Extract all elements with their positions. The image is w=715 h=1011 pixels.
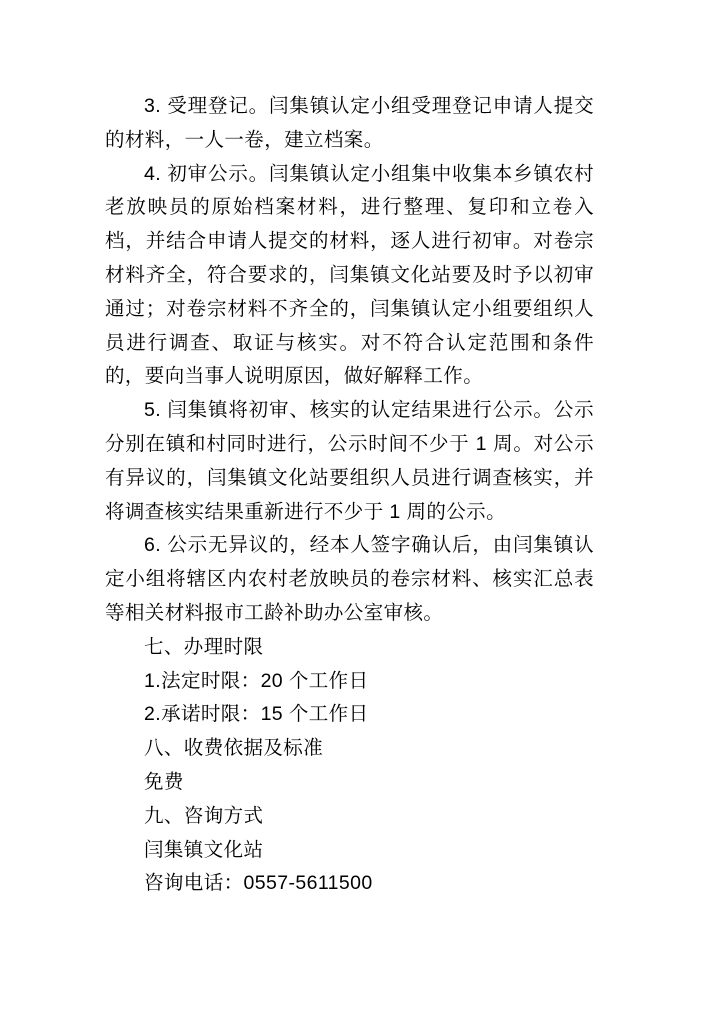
paragraph: 七、办理时限 (105, 631, 594, 665)
paragraph: 九、咨询方式 (105, 800, 594, 834)
paragraph: 4. 初审公示。闫集镇认定小组集中收集本乡镇农村老放映员的原始档案材料，进行整理… (105, 158, 594, 395)
paragraph: 八、收费依据及标准 (105, 732, 594, 766)
paragraph: 3. 受理登记。闫集镇认定小组受理登记申请人提交的材料，一人一卷，建立档案。 (105, 90, 594, 158)
paragraph: 闫集镇文化站 (105, 834, 594, 868)
document-body: 3. 受理登记。闫集镇认定小组受理登记申请人提交的材料，一人一卷，建立档案。4.… (105, 90, 594, 901)
document-page: 3. 受理登记。闫集镇认定小组受理登记申请人提交的材料，一人一卷，建立档案。4.… (0, 0, 715, 1011)
paragraph: 咨询电话：0557-5611500 (105, 867, 594, 901)
paragraph: 6. 公示无异议的，经本人签字确认后，由闫集镇认定小组将辖区内农村老放映员的卷宗… (105, 529, 594, 630)
paragraph: 2.承诺时限：15 个工作日 (105, 698, 594, 732)
paragraph: 5. 闫集镇将初审、核实的认定结果进行公示。公示分别在镇和村同时进行，公示时间不… (105, 394, 594, 529)
paragraph: 免费 (105, 766, 594, 800)
paragraph: 1.法定时限：20 个工作日 (105, 665, 594, 699)
